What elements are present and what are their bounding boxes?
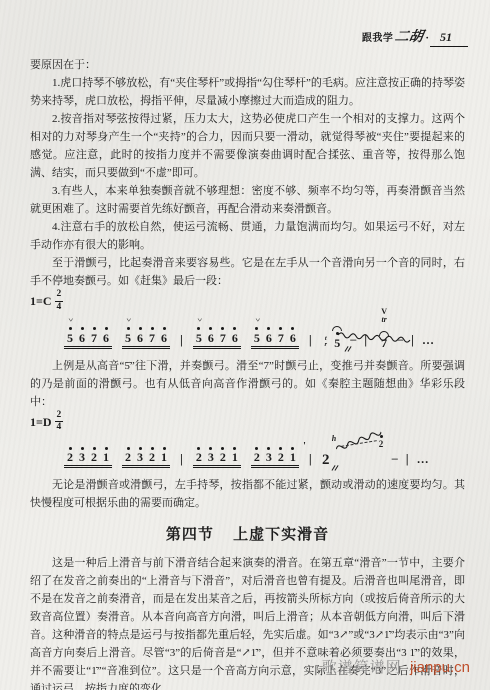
meter-denominator: 4 bbox=[57, 302, 62, 313]
trill-mark-vertical: tr bbox=[322, 335, 329, 349]
note: 6 bbox=[231, 327, 239, 344]
note-group: >5676 bbox=[251, 327, 299, 349]
note: 3 bbox=[265, 447, 273, 464]
trill-mark: tr bbox=[381, 316, 386, 324]
note-digit: 7 bbox=[91, 332, 97, 344]
note-digit: 2 bbox=[220, 451, 226, 463]
octave-dot bbox=[209, 327, 212, 330]
note: >5 bbox=[66, 327, 74, 344]
book-series-title: 跟我学 bbox=[362, 29, 394, 44]
octave-dot bbox=[139, 327, 142, 330]
note: 7 bbox=[90, 327, 98, 344]
octave-dot bbox=[81, 327, 84, 330]
note-digit: 3 bbox=[266, 451, 272, 463]
note-digit: 6 bbox=[137, 332, 143, 344]
note: 1 bbox=[289, 447, 297, 464]
note: 1 bbox=[231, 447, 239, 464]
section-number: 第四节 bbox=[166, 526, 214, 543]
note-digit: 5 bbox=[254, 332, 260, 344]
held-beat-dash: – bbox=[392, 452, 398, 468]
book-page: 跟我学 二胡 · 51 要原因在于： 1.虎口持琴不够放松，有“夹住琴杆”或拇指… bbox=[0, 0, 490, 690]
gliss-slashes bbox=[346, 346, 351, 352]
grace-note-high2: 2 bbox=[379, 435, 384, 449]
notation-ending: tr 5 – | V tr bbox=[322, 326, 434, 349]
note: 6 bbox=[160, 327, 168, 344]
jianpu-notes-line: >5676 >5676 | >5676 >5676 | tr 5 bbox=[30, 312, 465, 355]
note-digit: 1 bbox=[103, 451, 109, 463]
note-digit: 3 bbox=[208, 451, 214, 463]
note-digit: 2 bbox=[379, 440, 384, 449]
ornament-mark: h bbox=[332, 435, 336, 443]
note-digit: 6 bbox=[79, 332, 85, 344]
note-digit: 2 bbox=[125, 451, 131, 463]
barline: | bbox=[309, 452, 312, 468]
note-digit: 2 bbox=[149, 451, 155, 463]
note-digit: 7 bbox=[278, 332, 284, 344]
start-note-2: 2 bbox=[322, 453, 330, 468]
tie-arc bbox=[332, 326, 342, 331]
section-heading: 第四节 上虚下实滑音 bbox=[30, 526, 465, 544]
note-digit: 2 bbox=[196, 451, 202, 463]
note-digit: 1 bbox=[290, 451, 296, 463]
note: 7 bbox=[148, 327, 156, 344]
octave-dot bbox=[151, 327, 154, 330]
octave-dot bbox=[255, 327, 258, 330]
note: 6 bbox=[265, 327, 273, 344]
key-and-meter: 1=D 2 4 bbox=[30, 411, 465, 433]
note: 1 bbox=[160, 447, 168, 464]
note: 6 bbox=[136, 327, 144, 344]
time-signature: 2 4 bbox=[55, 411, 64, 433]
note-digit: 1 bbox=[161, 451, 167, 463]
watermark-site-url[interactable]: jianpu.cn bbox=[410, 659, 470, 676]
octave-dot bbox=[197, 327, 200, 330]
note: 6 bbox=[102, 327, 110, 344]
barline: | bbox=[411, 333, 414, 349]
note-digit: 2 bbox=[254, 451, 260, 463]
note-digit: 7 bbox=[149, 332, 155, 344]
barline: | bbox=[406, 452, 409, 468]
note-group: 2321' bbox=[251, 447, 299, 469]
note-digit: 6 bbox=[290, 332, 296, 344]
note: 3 bbox=[207, 447, 215, 464]
paragraph-example-explain: 上例是从高音“5̇”往下滑，并奏颤弓。滑至“7”时颤弓止，变推弓并奏颤音。所要强… bbox=[30, 357, 465, 411]
octave-dot bbox=[163, 327, 166, 330]
note-digit: 5 bbox=[125, 332, 131, 344]
note-digit: 2 bbox=[91, 451, 97, 463]
watermark-site-name: 歌谱简谱网 bbox=[322, 659, 402, 676]
note: 2 bbox=[148, 447, 156, 464]
note-digit: 5 bbox=[334, 337, 340, 349]
note-group: >5676 bbox=[193, 327, 241, 349]
hold-note-7: V tr 7 bbox=[379, 331, 389, 349]
key-and-meter: 1=C 2 4 bbox=[30, 290, 465, 312]
watermark: 歌谱简谱网 jianpu.cn bbox=[322, 656, 470, 677]
gliss-dashed-line bbox=[341, 440, 377, 447]
octave-dot bbox=[105, 327, 108, 330]
octave-dot bbox=[233, 327, 236, 330]
gliss-slashes bbox=[333, 465, 338, 471]
accent-mark: > bbox=[195, 318, 203, 322]
note: >5 bbox=[124, 327, 132, 344]
note: 2 bbox=[124, 447, 132, 464]
octave-dot bbox=[93, 327, 96, 330]
octave-dot bbox=[69, 327, 72, 330]
note-digit: 3 bbox=[137, 451, 143, 463]
note: 7 bbox=[219, 327, 227, 344]
note-group: >5676 bbox=[122, 327, 170, 349]
paragraph-point-2: 2.按音指对琴弦按得过紧，压力太大，这势必使虎口产生一个相对的支撑力。这两个相对… bbox=[30, 110, 465, 182]
note-digit: 3 bbox=[79, 451, 85, 463]
barline: | bbox=[309, 333, 312, 349]
note: 2 bbox=[253, 447, 261, 464]
continuation-ellipsis: … bbox=[422, 334, 434, 349]
key-signature: 1=D bbox=[30, 416, 52, 428]
note-digit: 7 bbox=[220, 332, 226, 344]
note: 7 bbox=[277, 327, 285, 344]
music-notation-ganji: 1=C 2 4 >5676 >5676 | >5676 >5676 | tr bbox=[30, 290, 465, 355]
note: 2 bbox=[277, 447, 285, 464]
meter-numerator: 2 bbox=[55, 411, 64, 423]
page-number: 51 bbox=[430, 30, 468, 47]
paragraph-continuation: 要原因在于： bbox=[30, 56, 465, 74]
music-notation-qinqiang: 1=D 2 4 2321 2321 | 2321 2321' | 2 bbox=[30, 411, 465, 475]
page-content: 要原因在于： 1.虎口持琴不够放松，有“夹住琴杆”或拇指“勾住琴杆”的毛病。应注… bbox=[30, 56, 465, 690]
note: 6 bbox=[78, 327, 86, 344]
continuation-ellipsis: … bbox=[417, 453, 429, 468]
octave-dot bbox=[279, 327, 282, 330]
tie-arc bbox=[379, 331, 389, 336]
note: >5 bbox=[195, 327, 203, 344]
barline: | bbox=[180, 452, 183, 468]
hold-note-high5: 5 bbox=[332, 326, 342, 349]
accent-mark: > bbox=[124, 318, 132, 322]
paragraph-point-3: 3.有些人，本来单独奏颤音就不够理想：密度不够、频率不均匀等，再奏滑颤音当然就更… bbox=[30, 182, 465, 218]
note-digit: 6 bbox=[103, 332, 109, 344]
notation-ending: 2 h 2 – | … bbox=[322, 452, 429, 468]
barline: | bbox=[180, 333, 183, 349]
paragraph-huachan-intro: 至于滑颤弓，比起奏滑音来要容易些。它是在左手从一个音滑向另一个音的同时，右手不停… bbox=[30, 254, 465, 290]
barline: | bbox=[364, 333, 367, 349]
octave-dot bbox=[267, 327, 270, 330]
octave-dot bbox=[221, 327, 224, 330]
note-digit: 1 bbox=[232, 451, 238, 463]
note-digit: 6 bbox=[266, 332, 272, 344]
note: 3 bbox=[78, 447, 86, 464]
book-title-erhu: 二胡 bbox=[394, 26, 426, 46]
note: 3 bbox=[136, 447, 144, 464]
note-group: 2321 bbox=[193, 447, 241, 469]
header-separator: · bbox=[425, 32, 429, 44]
note: 6 bbox=[289, 327, 297, 344]
note-digit: 2 bbox=[67, 451, 73, 463]
note-digit: 7 bbox=[381, 337, 387, 349]
note-digit: 5 bbox=[67, 332, 73, 344]
meter-denominator: 4 bbox=[57, 422, 62, 433]
octave-dot bbox=[127, 327, 130, 330]
jianpu-notes-line: 2321 2321 | 2321 2321' | 2 h bbox=[30, 433, 465, 475]
section-name: 上虚下实滑音 bbox=[233, 526, 329, 543]
note-digit: 5 bbox=[196, 332, 202, 344]
accent-mark: > bbox=[253, 318, 261, 322]
note: >5 bbox=[253, 327, 261, 344]
paragraph-point-1: 1.虎口持琴不够放松，有“夹住琴杆”或拇指“勾住琴杆”的毛病。应注意按正确的持琴… bbox=[30, 74, 465, 110]
key-signature: 1=C bbox=[30, 295, 52, 307]
note-digit: 6 bbox=[208, 332, 214, 344]
note-digit: 6 bbox=[161, 332, 167, 344]
octave-dot bbox=[336, 332, 339, 335]
note: 2 bbox=[90, 447, 98, 464]
note-group: 2321 bbox=[64, 447, 112, 469]
note-digit: 6 bbox=[232, 332, 238, 344]
note-group: 2321 bbox=[122, 447, 170, 469]
note-group: >5676 bbox=[64, 327, 112, 349]
note: 1 bbox=[102, 447, 110, 464]
note: 6 bbox=[207, 327, 215, 344]
paragraph-point-4: 4.注意右手的放松自然，使运弓流畅、贯通，力量饱满而均匀。如果运弓不好，对左手动… bbox=[30, 218, 465, 254]
octave-dot bbox=[380, 435, 383, 438]
note-digit: 2 bbox=[322, 453, 330, 468]
paragraph-summary: 无论是滑颤音或滑颤弓，左手持琴，按指都不能过紧，颤动或滑动的速度要均匀。其快慢程… bbox=[30, 476, 465, 512]
breath-mark: ' bbox=[303, 438, 306, 456]
octave-dot bbox=[291, 327, 294, 330]
note: 2 bbox=[195, 447, 203, 464]
note-digit: 2 bbox=[278, 451, 284, 463]
accent-mark: > bbox=[66, 318, 74, 322]
note: 2 bbox=[219, 447, 227, 464]
page-header: 跟我学 二胡 · 51 bbox=[362, 26, 468, 47]
meter-numerator: 2 bbox=[55, 290, 64, 302]
held-beat-dash: – bbox=[397, 333, 403, 349]
note: 2 bbox=[66, 447, 74, 464]
time-signature: 2 4 bbox=[55, 290, 64, 312]
